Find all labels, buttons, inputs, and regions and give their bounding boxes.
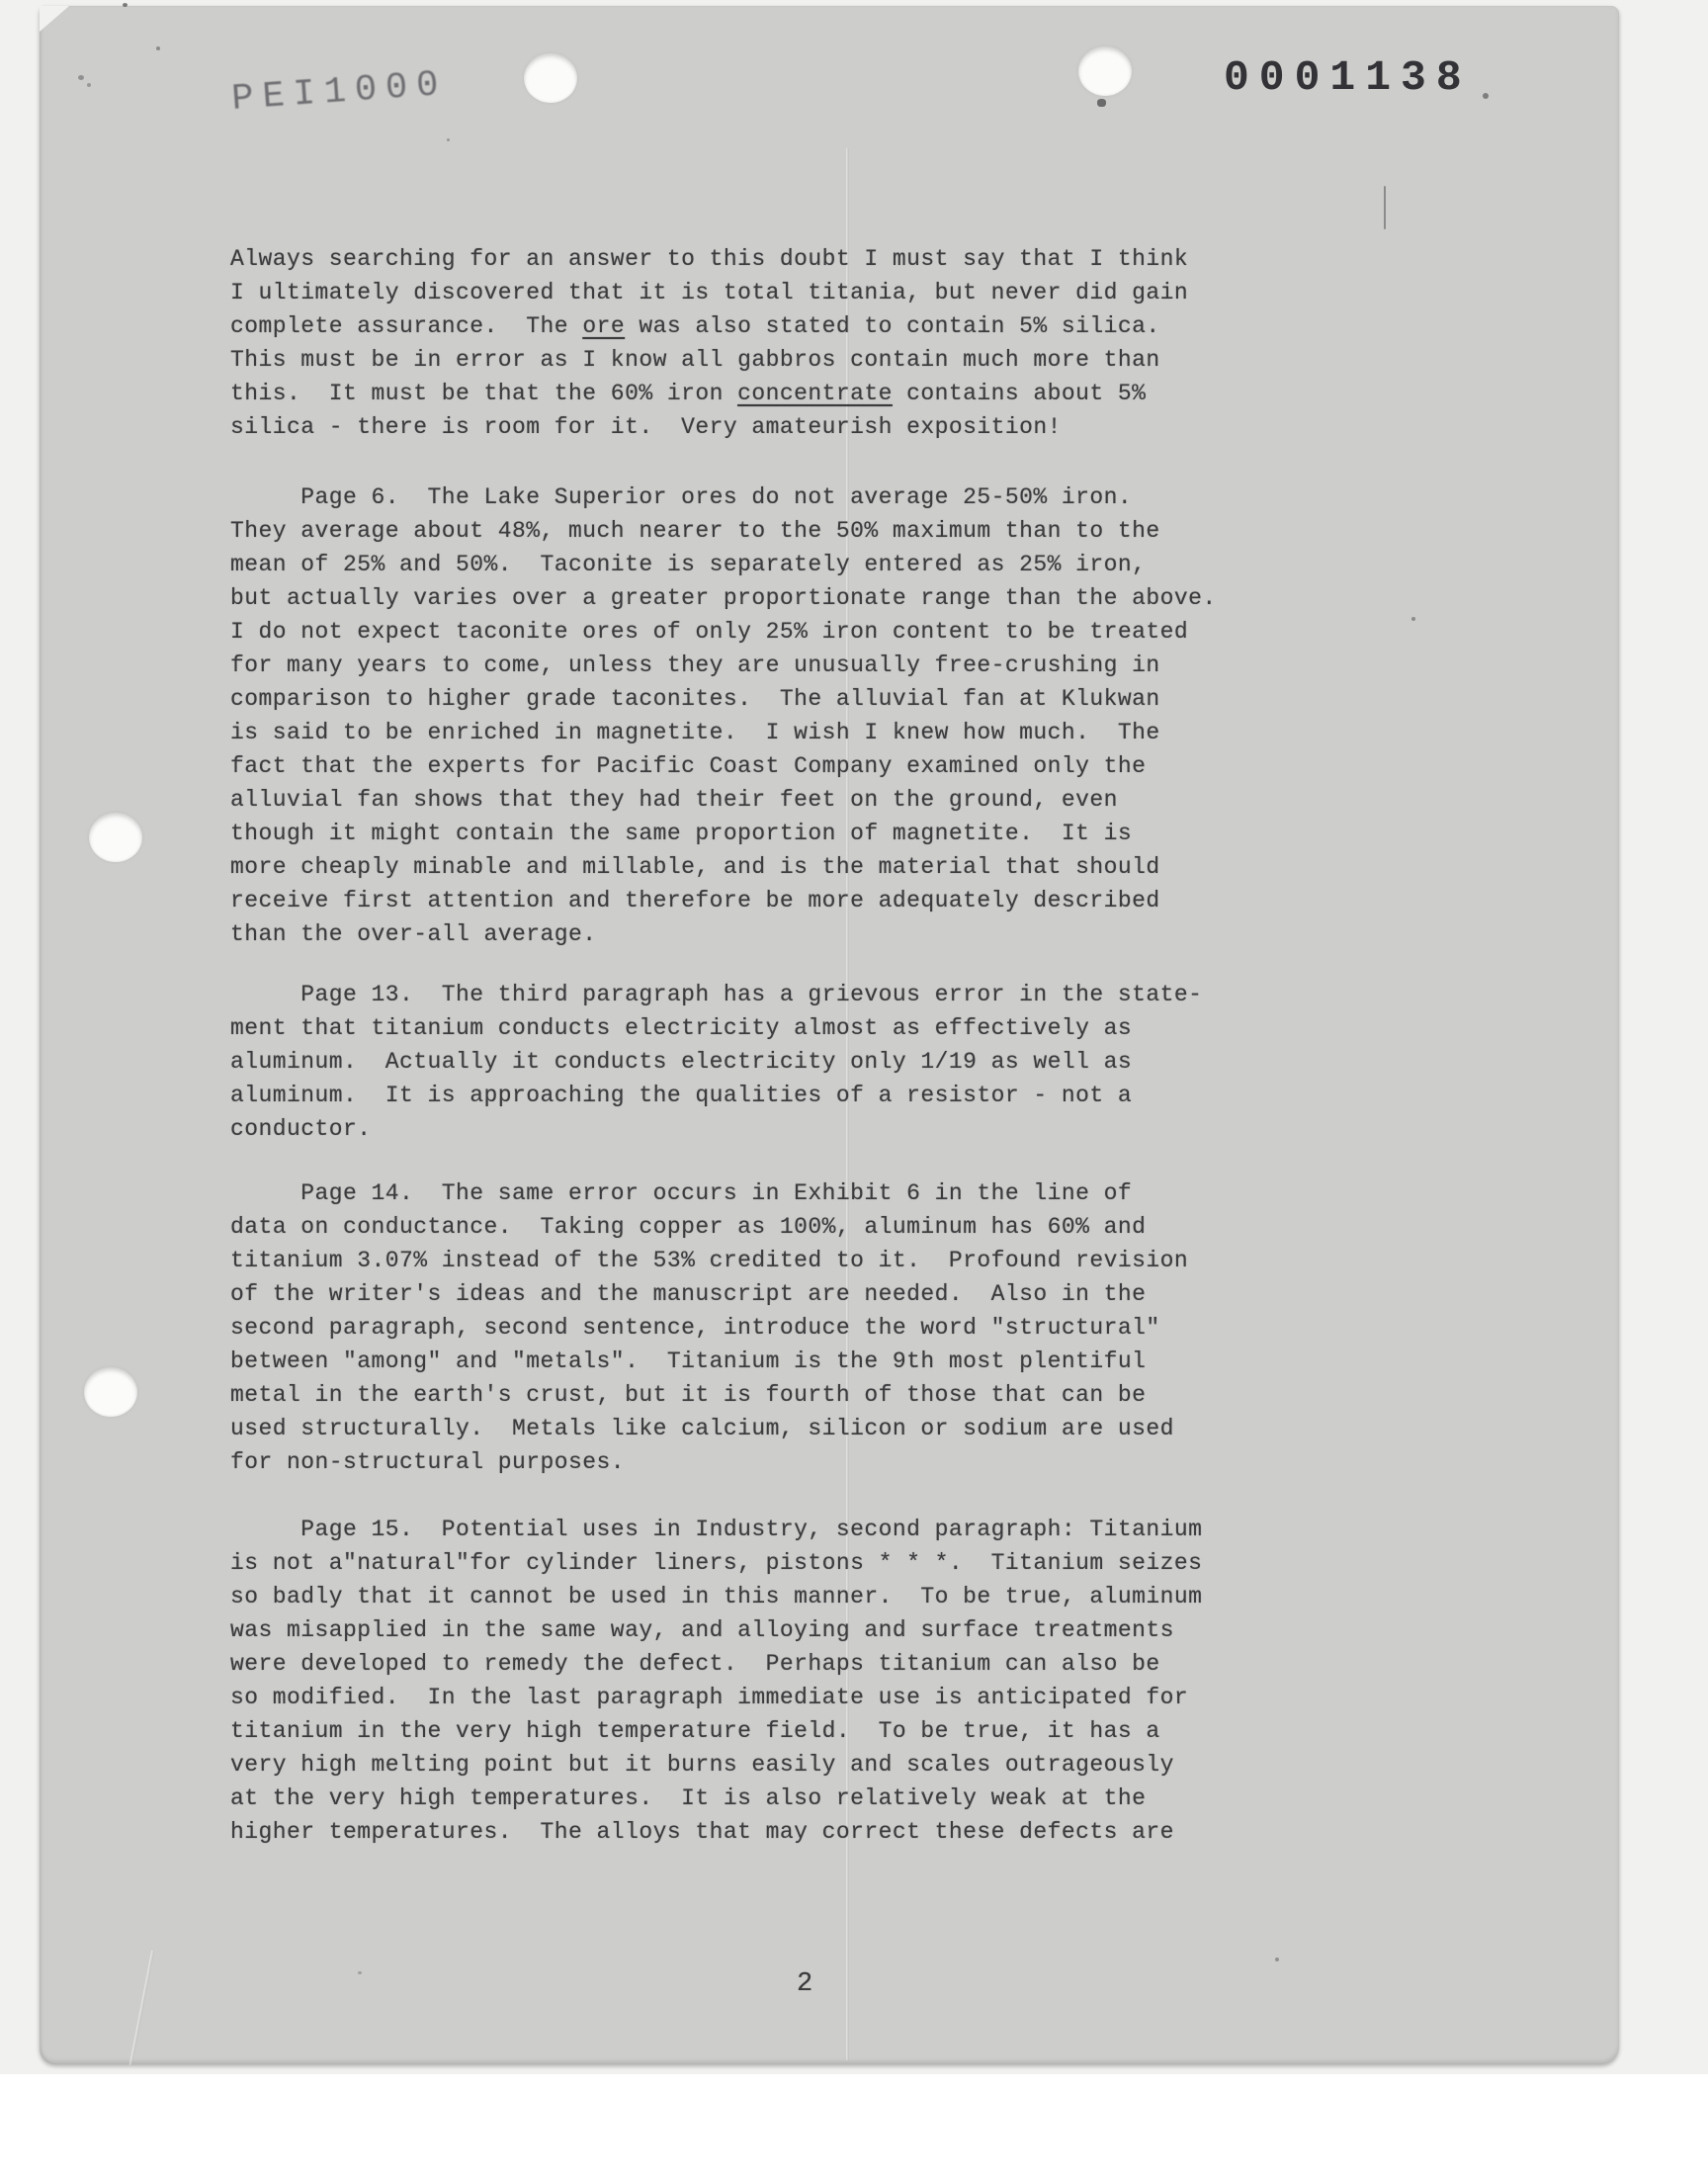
text-line: Page 14. The same error occurs in Exhibi… bbox=[230, 1176, 1188, 1210]
text-line: used structurally. Metals like calcium, … bbox=[230, 1412, 1188, 1445]
text-line: than the over-all average. bbox=[230, 917, 1217, 951]
text-line: Page 15. Potential uses in Industry, sec… bbox=[230, 1513, 1202, 1546]
text-segment: complete assurance. The bbox=[230, 313, 582, 339]
text-line: Page 6. The Lake Superior ores do not av… bbox=[230, 480, 1217, 514]
text-line: Always searching for an answer to this d… bbox=[230, 242, 1188, 276]
paper-speck bbox=[447, 138, 450, 141]
underlined-text: ore bbox=[582, 313, 625, 339]
paper-speck bbox=[1097, 99, 1106, 107]
paragraph-page-14: Page 14. The same error occurs in Exhibi… bbox=[230, 1176, 1188, 1479]
paragraph-page-13: Page 13. The third paragraph has a griev… bbox=[230, 978, 1202, 1146]
text-line: complete assurance. The ore was also sta… bbox=[230, 309, 1188, 343]
text-line: so modified. In the last paragraph immed… bbox=[230, 1681, 1202, 1714]
paragraph-page-15: Page 15. Potential uses in Industry, sec… bbox=[230, 1513, 1202, 1849]
text-line: They average about 48%, much nearer to t… bbox=[230, 514, 1217, 548]
text-line: Page 13. The third paragraph has a griev… bbox=[230, 978, 1202, 1011]
text-line: between "among" and "metals". Titanium i… bbox=[230, 1345, 1188, 1378]
text-line: comparison to higher grade taconites. Th… bbox=[230, 682, 1217, 716]
paper-speck bbox=[87, 83, 91, 87]
text-segment: contains about 5% bbox=[893, 381, 1147, 406]
text-line: I do not expect taconite ores of only 25… bbox=[230, 615, 1217, 649]
paper-speck bbox=[358, 1971, 362, 1974]
paragraph-intro: Always searching for an answer to this d… bbox=[230, 242, 1188, 444]
text-line: so badly that it cannot be used in this … bbox=[230, 1580, 1202, 1613]
text-line: at the very high temperatures. It is als… bbox=[230, 1782, 1202, 1815]
underlined-text: concentrate bbox=[737, 381, 893, 406]
text-line: metal in the earth's crust, but it is fo… bbox=[230, 1378, 1188, 1412]
paper-speck bbox=[123, 3, 128, 7]
text-line: is said to be enriched in magnetite. I w… bbox=[230, 716, 1217, 749]
text-line: data on conductance. Taking copper as 10… bbox=[230, 1210, 1188, 1244]
paper-speck bbox=[1275, 1957, 1279, 1961]
text-line: conductor. bbox=[230, 1112, 1202, 1146]
text-line: was misapplied in the same way, and allo… bbox=[230, 1613, 1202, 1647]
scanned-document-page: { "page": { "stamps": { "left": "PEI1000… bbox=[0, 0, 1708, 2175]
text-line: were developed to remedy the defect. Per… bbox=[230, 1647, 1202, 1681]
typewritten-text: Always searching for an answer to this d… bbox=[0, 0, 1708, 2175]
text-line: though it might contain the same proport… bbox=[230, 817, 1217, 850]
text-line: more cheaply minable and millable, and i… bbox=[230, 850, 1217, 884]
text-line: this. It must be that the 60% iron conce… bbox=[230, 377, 1188, 410]
text-line: This must be in error as I know all gabb… bbox=[230, 343, 1188, 377]
text-line: very high melting point but it burns eas… bbox=[230, 1748, 1202, 1782]
text-line: ment that titanium conducts electricity … bbox=[230, 1011, 1202, 1045]
text-line: alluvial fan shows that they had their f… bbox=[230, 783, 1217, 817]
text-line: receive first attention and therefore be… bbox=[230, 884, 1217, 917]
text-line: but actually varies over a greater propo… bbox=[230, 581, 1217, 615]
paragraph-page-6: Page 6. The Lake Superior ores do not av… bbox=[230, 480, 1217, 951]
text-line: for non-structural purposes. bbox=[230, 1445, 1188, 1479]
text-line: for many years to come, unless they are … bbox=[230, 649, 1217, 682]
text-line: aluminum. Actually it conducts electrici… bbox=[230, 1045, 1202, 1079]
text-line: titanium 3.07% instead of the 53% credit… bbox=[230, 1244, 1188, 1277]
text-line: silica - there is room for it. Very amat… bbox=[230, 410, 1188, 444]
text-line: second paragraph, second sentence, intro… bbox=[230, 1311, 1188, 1345]
text-line: higher temperatures. The alloys that may… bbox=[230, 1815, 1202, 1849]
paper-speck bbox=[78, 75, 84, 80]
text-segment: this. It must be that the 60% iron bbox=[230, 381, 737, 406]
paper-speck bbox=[156, 46, 160, 50]
text-line: is not a"natural"for cylinder liners, pi… bbox=[230, 1546, 1202, 1580]
text-line: of the writer's ideas and the manuscript… bbox=[230, 1277, 1188, 1311]
paper-speck bbox=[1411, 617, 1415, 621]
text-segment: was also stated to contain 5% silica. bbox=[625, 313, 1160, 339]
paper-speck bbox=[1483, 93, 1489, 99]
paper-speck bbox=[1384, 186, 1386, 229]
text-line: mean of 25% and 50%. Taconite is separat… bbox=[230, 548, 1217, 581]
text-line: titanium in the very high temperature fi… bbox=[230, 1714, 1202, 1748]
text-line: fact that the experts for Pacific Coast … bbox=[230, 749, 1217, 783]
page-number: 2 bbox=[797, 1969, 812, 1999]
text-line: I ultimately discovered that it is total… bbox=[230, 276, 1188, 309]
text-line: aluminum. It is approaching the qualitie… bbox=[230, 1079, 1202, 1112]
